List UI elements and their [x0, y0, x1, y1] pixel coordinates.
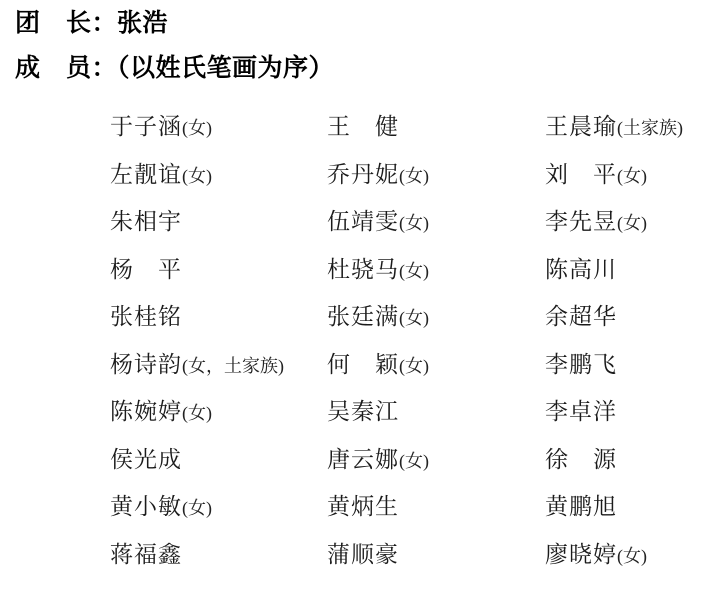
- member-name: 余超华: [545, 304, 617, 329]
- members-grid: 于子涵(女) 王 健 王晨瑜(土家族) 左靓谊(女) 乔丹妮(女) 刘 平(女)…: [110, 103, 710, 578]
- member-annotation: (土家族): [617, 118, 683, 138]
- member-cell: 王 健: [327, 115, 545, 138]
- member-cell: 侯光成: [110, 448, 327, 471]
- member-annotation: (女): [399, 356, 429, 376]
- leader-label: 团 长：: [15, 9, 117, 37]
- member-cell: 何 颖(女): [327, 353, 545, 376]
- member-annotation: (女): [399, 213, 429, 233]
- member-name: 于子涵: [110, 114, 182, 139]
- member-cell: 刘 平(女): [545, 163, 710, 186]
- member-cell: 徐 源: [545, 448, 710, 471]
- member-name: 张桂铭: [110, 304, 182, 329]
- leader-name: 张浩: [117, 9, 168, 37]
- member-name: 左靓谊: [110, 162, 182, 187]
- member-name: 杜骁马: [327, 257, 399, 282]
- member-name: 杨诗韵: [110, 352, 182, 377]
- member-cell: 黄炳生: [327, 495, 545, 518]
- member-annotation: (女): [399, 451, 429, 471]
- member-annotation: (女): [617, 166, 647, 186]
- document-page: 团 长：张浩 成 员：（以姓氏笔画为序） 于子涵(女) 王 健 王晨瑜(土家族)…: [0, 0, 721, 601]
- members-heading-line: 成 员：（以姓氏笔画为序）: [15, 53, 334, 83]
- member-cell: 杜骁马(女): [327, 258, 545, 281]
- members-label: 成 员：: [15, 54, 117, 82]
- member-name: 刘 平: [545, 162, 617, 187]
- member-cell: 李鹏飞: [545, 353, 710, 376]
- member-name: 廖晓婷: [545, 542, 617, 567]
- member-cell: 廖晓婷(女): [545, 543, 710, 566]
- member-cell: 张桂铭: [110, 305, 327, 328]
- member-name: 侯光成: [110, 447, 182, 472]
- member-name: 黄小敏: [110, 494, 182, 519]
- member-cell: 蒋福鑫: [110, 543, 327, 566]
- members-sort-note: （以姓氏笔画为序）: [117, 54, 334, 82]
- member-cell: 于子涵(女): [110, 115, 327, 138]
- member-cell: 李先昱(女): [545, 210, 710, 233]
- member-cell: 吴秦江: [327, 400, 545, 423]
- member-cell: 陈高川: [545, 258, 710, 281]
- member-name: 张廷满: [327, 304, 399, 329]
- member-name: 蒋福鑫: [110, 542, 182, 567]
- member-cell: 黄小敏(女): [110, 495, 327, 518]
- member-annotation: (女，土家族): [182, 356, 284, 376]
- member-cell: 杨诗韵(女，土家族): [110, 353, 327, 376]
- member-name: 黄鹏旭: [545, 494, 617, 519]
- member-cell: 李卓洋: [545, 400, 710, 423]
- member-name: 朱相宇: [110, 209, 182, 234]
- member-name: 吴秦江: [327, 399, 399, 424]
- member-name: 陈高川: [545, 257, 617, 282]
- member-name: 李鹏飞: [545, 352, 617, 377]
- member-annotation: (女): [399, 308, 429, 328]
- member-cell: 伍靖雯(女): [327, 210, 545, 233]
- member-cell: 蒲顺豪: [327, 543, 545, 566]
- member-name: 李卓洋: [545, 399, 617, 424]
- leader-line: 团 长：张浩: [15, 8, 168, 38]
- member-annotation: (女): [182, 498, 212, 518]
- member-name: 黄炳生: [327, 494, 399, 519]
- member-name: 徐 源: [545, 447, 617, 472]
- member-cell: 王晨瑜(土家族): [545, 115, 710, 138]
- member-cell: 乔丹妮(女): [327, 163, 545, 186]
- member-name: 伍靖雯: [327, 209, 399, 234]
- member-annotation: (女): [182, 118, 212, 138]
- member-cell: 黄鹏旭: [545, 495, 710, 518]
- member-name: 李先昱: [545, 209, 617, 234]
- member-name: 何 颖: [327, 352, 399, 377]
- member-cell: 余超华: [545, 305, 710, 328]
- member-annotation: (女): [617, 546, 647, 566]
- member-cell: 唐云娜(女): [327, 448, 545, 471]
- member-name: 乔丹妮: [327, 162, 399, 187]
- member-name: 杨 平: [110, 257, 182, 282]
- member-annotation: (女): [399, 166, 429, 186]
- member-cell: 张廷满(女): [327, 305, 545, 328]
- member-name: 唐云娜: [327, 447, 399, 472]
- member-cell: 左靓谊(女): [110, 163, 327, 186]
- member-annotation: (女): [182, 166, 212, 186]
- member-name: 蒲顺豪: [327, 542, 399, 567]
- member-cell: 朱相宇: [110, 210, 327, 233]
- member-cell: 陈婉婷(女): [110, 400, 327, 423]
- member-name: 王晨瑜: [545, 114, 617, 139]
- member-name: 王 健: [327, 114, 399, 139]
- member-cell: 杨 平: [110, 258, 327, 281]
- member-name: 陈婉婷: [110, 399, 182, 424]
- member-annotation: (女): [399, 261, 429, 281]
- member-annotation: (女): [617, 213, 647, 233]
- member-annotation: (女): [182, 403, 212, 423]
